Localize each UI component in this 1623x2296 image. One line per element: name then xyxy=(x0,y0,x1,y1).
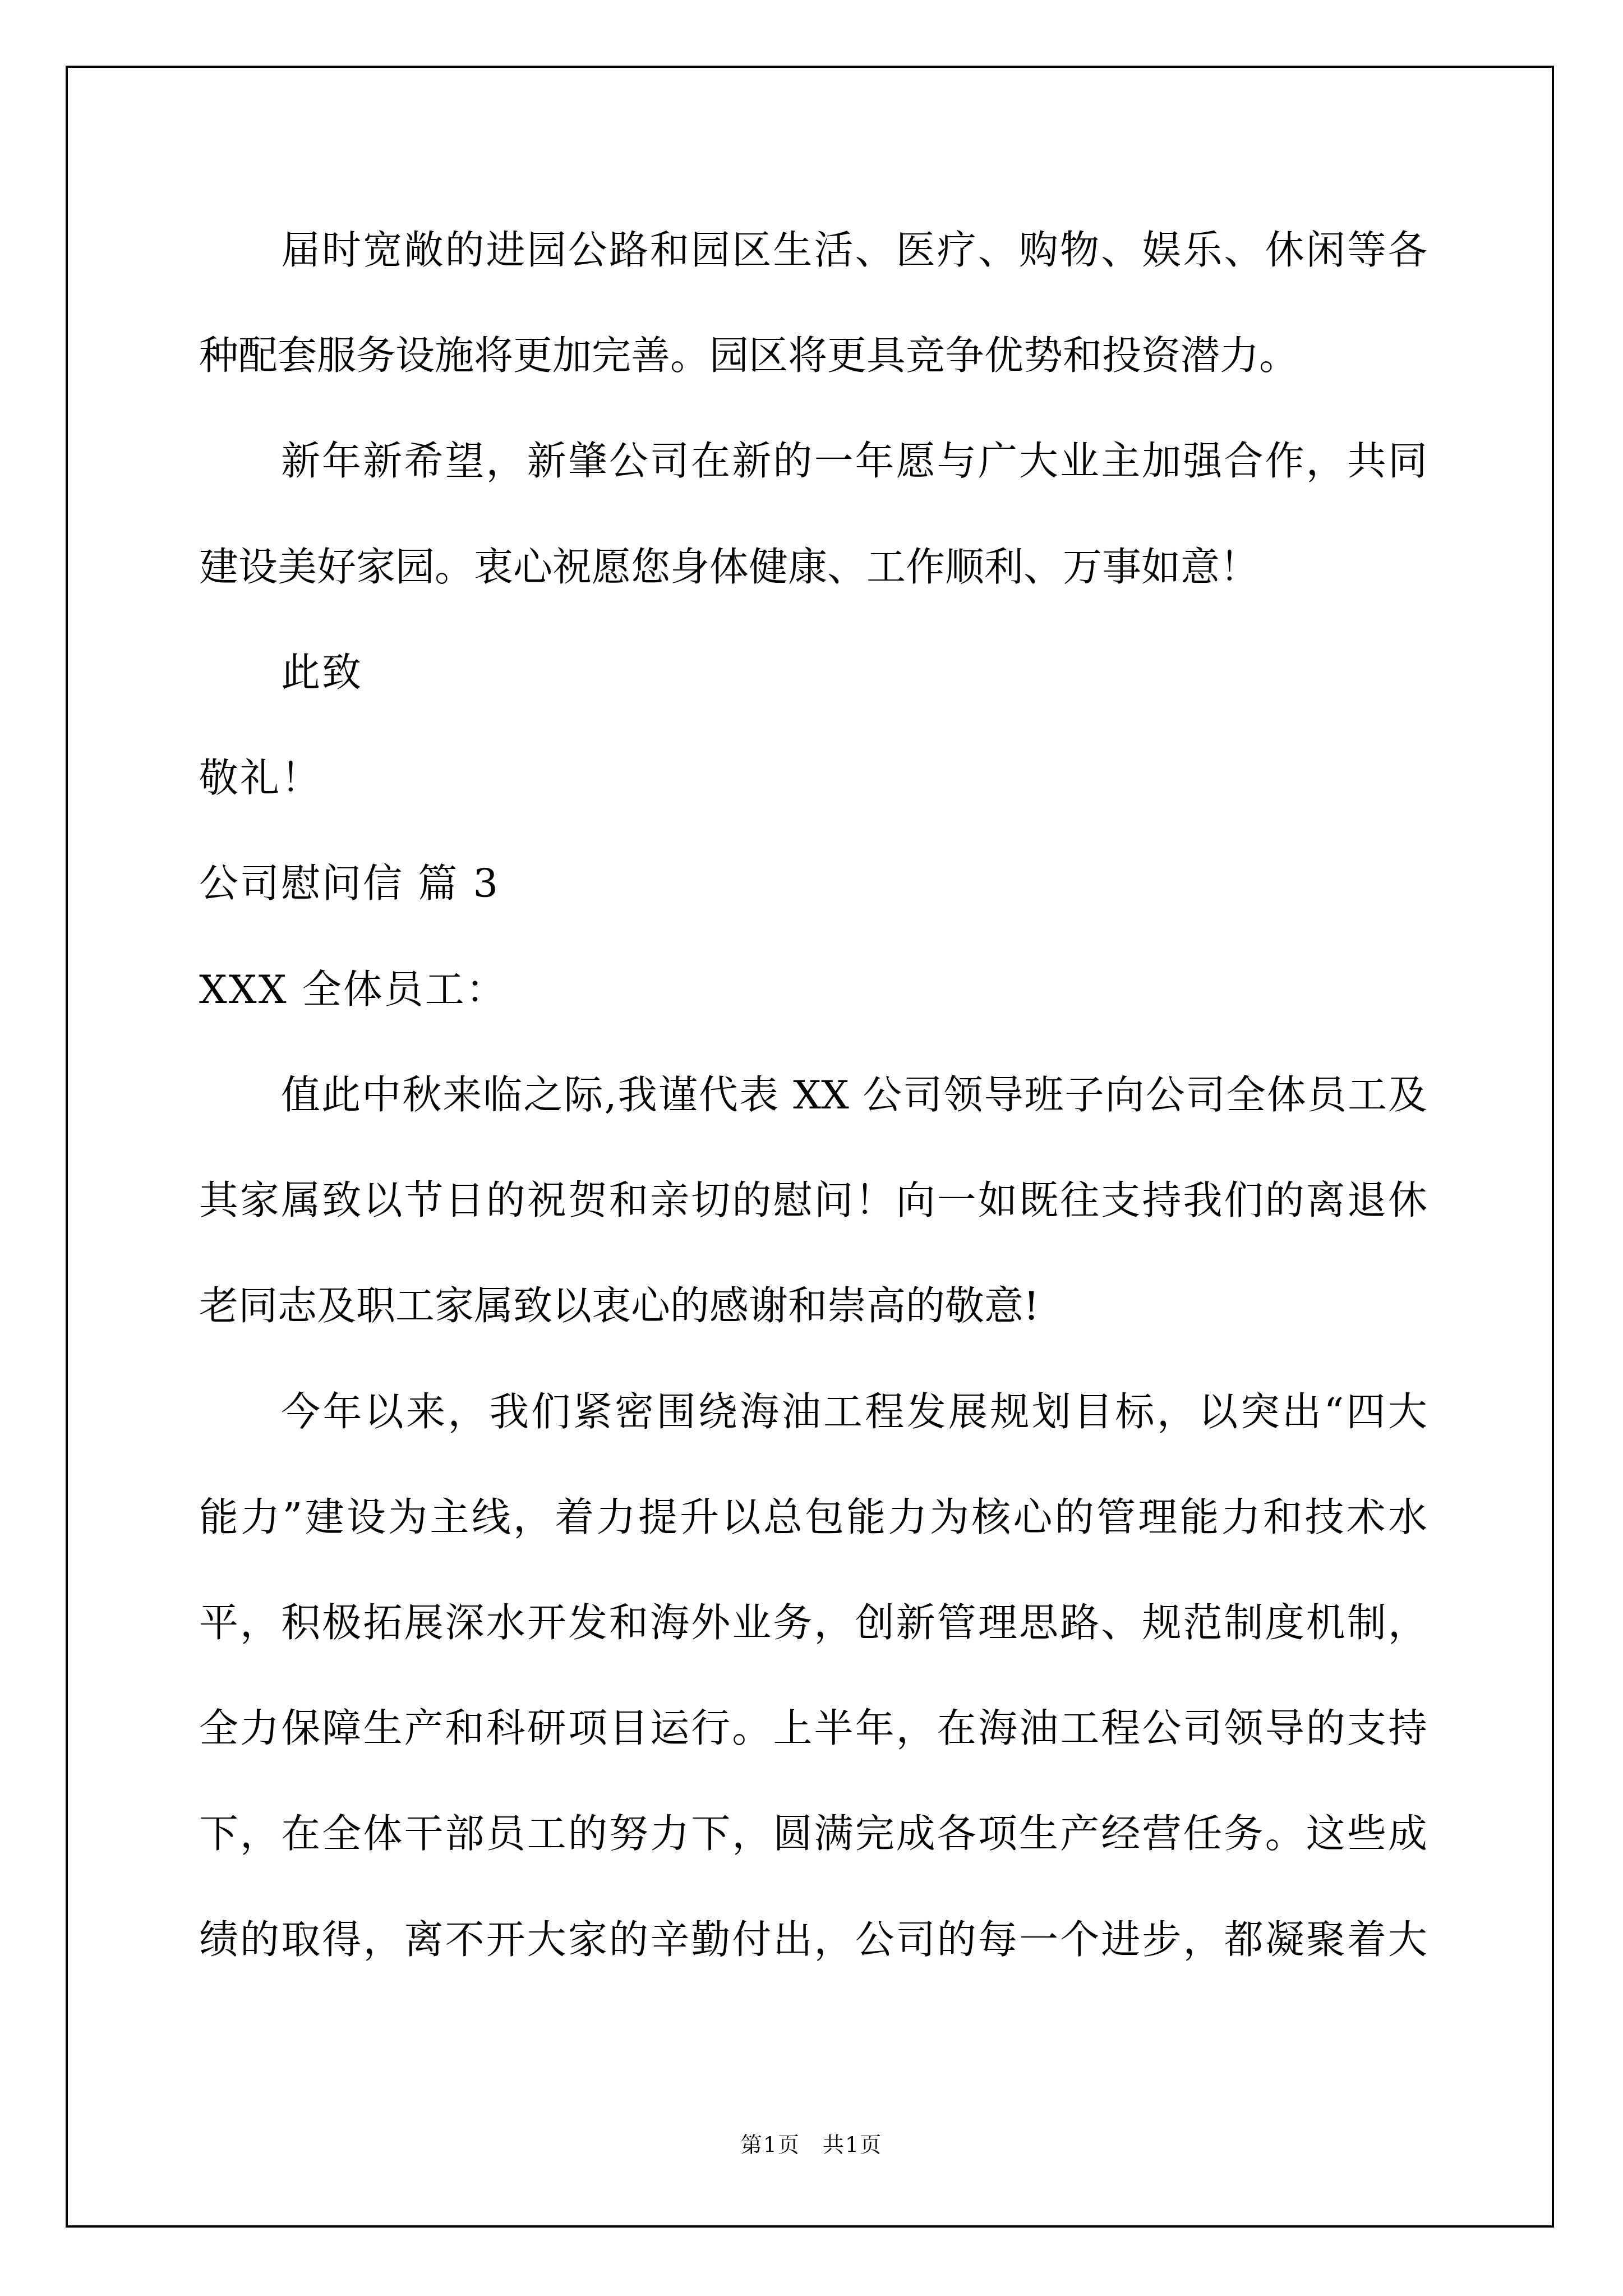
paragraph-line: 新年新希望，新肇公司在新的一年愿与广大业主加强合作，共同 xyxy=(199,434,1427,488)
paragraph-line: 老同志及职工家属致以衷心的感谢和崇高的敬意! xyxy=(199,1279,1427,1333)
page-number-current: 第1页 xyxy=(741,2132,800,2157)
paragraph-line: 种配套服务设施将更加完善。园区将更具竞争优势和投资潜力。 xyxy=(199,329,1427,383)
paragraph-line: 全力保障生产和科研项目运行。上半年，在海油工程公司领导的支持 xyxy=(199,1701,1427,1755)
section-heading: 公司慰问信 篇 3 xyxy=(199,857,1427,910)
paragraph-line: 建设美好家园。衷心祝愿您身体健康、工作顺利、万事如意！ xyxy=(199,540,1427,594)
page-footer: 第1页共1页 xyxy=(0,2131,1623,2159)
paragraph-line: 平，积极拓展深水开发和海外业务，创新管理思路、规范制度机制， xyxy=(199,1596,1427,1650)
closing-regards: 敬礼！ xyxy=(199,751,1427,805)
letter-addressee: XXX 全体员工： xyxy=(199,963,1427,1016)
paragraph-line: 绩的取得，离不开大家的辛勤付出，公司的每一个进步，都凝聚着大 xyxy=(199,1913,1427,1967)
page-number-total: 共1页 xyxy=(823,2132,882,2157)
paragraph-line: 今年以来，我们紧密围绕海油工程发展规划目标，以突出“四大 xyxy=(199,1385,1427,1439)
paragraph-line: 能力”建设为主线，着力提升以总包能力为核心的管理能力和技术水 xyxy=(199,1490,1427,1544)
closing-salutation: 此致 xyxy=(199,646,1427,700)
paragraph-line: 届时宽敞的进园公路和园区生活、医疗、购物、娱乐、休闲等各 xyxy=(199,223,1427,277)
paragraph-line: 值此中秋来临之际,我谨代表 XX 公司领导班子向公司全体员工及 xyxy=(199,1068,1427,1122)
paragraph-line: 下，在全体干部员工的努力下，圆满完成各项生产经营任务。这些成 xyxy=(199,1807,1427,1861)
page-border xyxy=(66,66,1554,2228)
paragraph-line: 其家属致以节日的祝贺和亲切的慰问！向一如既往支持我们的离退休 xyxy=(199,1174,1427,1227)
